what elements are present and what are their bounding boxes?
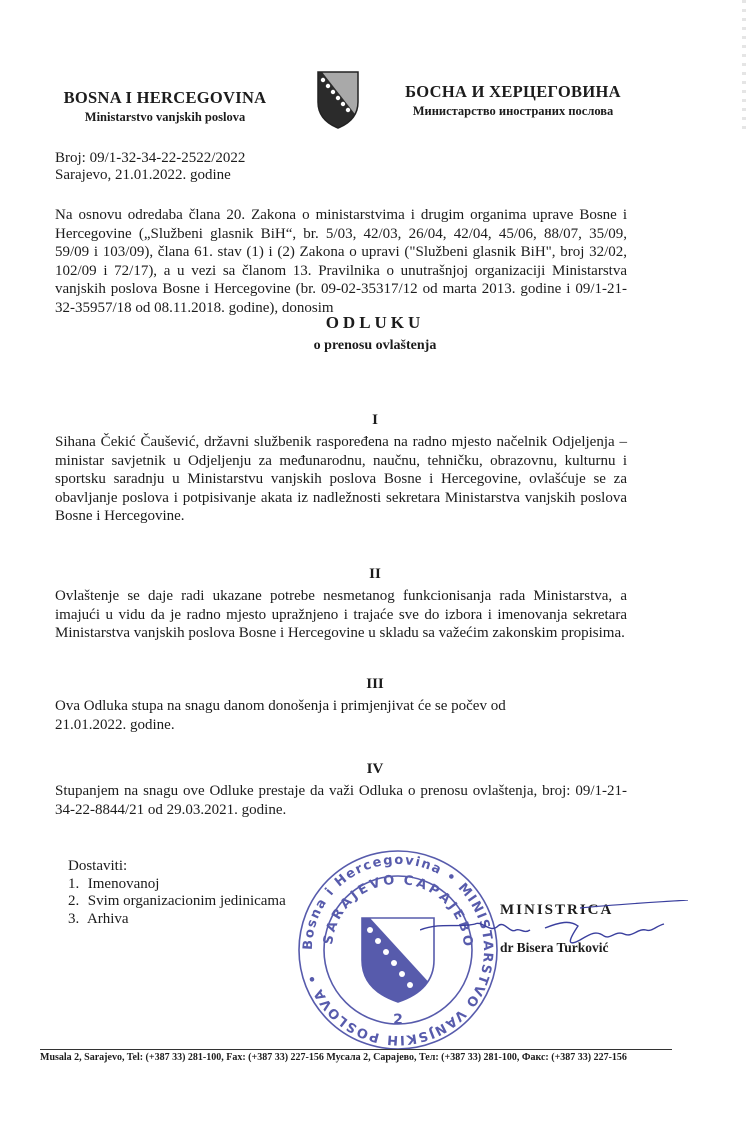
stamp-number: 2 [393, 1012, 403, 1028]
footer-divider [40, 1049, 672, 1050]
signatory-name: dr Bisera Turković [500, 940, 609, 956]
section-text: Ova Odluka stupa na snagu danom donošenj… [55, 697, 555, 734]
distribution-label: Dostaviti: [68, 858, 286, 876]
document-number: Broj: 09/1-32-34-22-2522/2022 [55, 150, 245, 167]
country-name-cyrillic: БОСНА И ХЕРЦЕГОВИНА [378, 82, 648, 102]
footer-contact: Musala 2, Sarajevo, Tel: (+387 33) 281-1… [40, 1052, 680, 1063]
section-text: Ovlaštenje se daje radi ukazane potrebe … [55, 587, 627, 643]
distribution-list: Dostaviti: 1. Imenovanoj 2. Svim organiz… [68, 858, 286, 928]
ministry-name-latin: Ministarstvo vanjskih poslova [40, 110, 290, 125]
section-text: Sihana Čekić Čaušević, državni službenik… [55, 433, 627, 526]
letterhead-cyrillic: БОСНА И ХЕРЦЕГОВИНА Министарство иностра… [378, 82, 648, 119]
section-text: Stupanjem na snagu ove Odluke prestaje d… [55, 782, 627, 819]
decision-subtitle: o prenosu ovlaštenja [0, 338, 750, 354]
section-number: II [0, 566, 750, 583]
section-number: IV [0, 761, 750, 778]
scan-edge-marks [742, 0, 746, 130]
list-item: 2. Svim organizacionim jedinicama [68, 893, 286, 911]
decision-title: ODLUKU [0, 313, 750, 333]
bih-coat-of-arms-icon [316, 70, 360, 130]
preamble-paragraph: Na osnovu odredaba člana 20. Zakona o mi… [55, 206, 627, 317]
letterhead-latin: BOSNA I HERCEGOVINA Ministarstvo vanjski… [40, 88, 290, 125]
document-place-date: Sarajevo, 21.01.2022. godine [55, 167, 245, 184]
country-name-latin: BOSNA I HERCEGOVINA [40, 88, 290, 108]
document-reference: Broj: 09/1-32-34-22-2522/2022 Sarajevo, … [55, 150, 245, 184]
list-item: 3. Arhiva [68, 911, 286, 929]
list-item: 1. Imenovanoj [68, 876, 286, 894]
section-number: I [0, 412, 750, 429]
section-number: III [0, 676, 750, 693]
ministry-name-cyrillic: Министарство иностраних послова [378, 104, 648, 119]
